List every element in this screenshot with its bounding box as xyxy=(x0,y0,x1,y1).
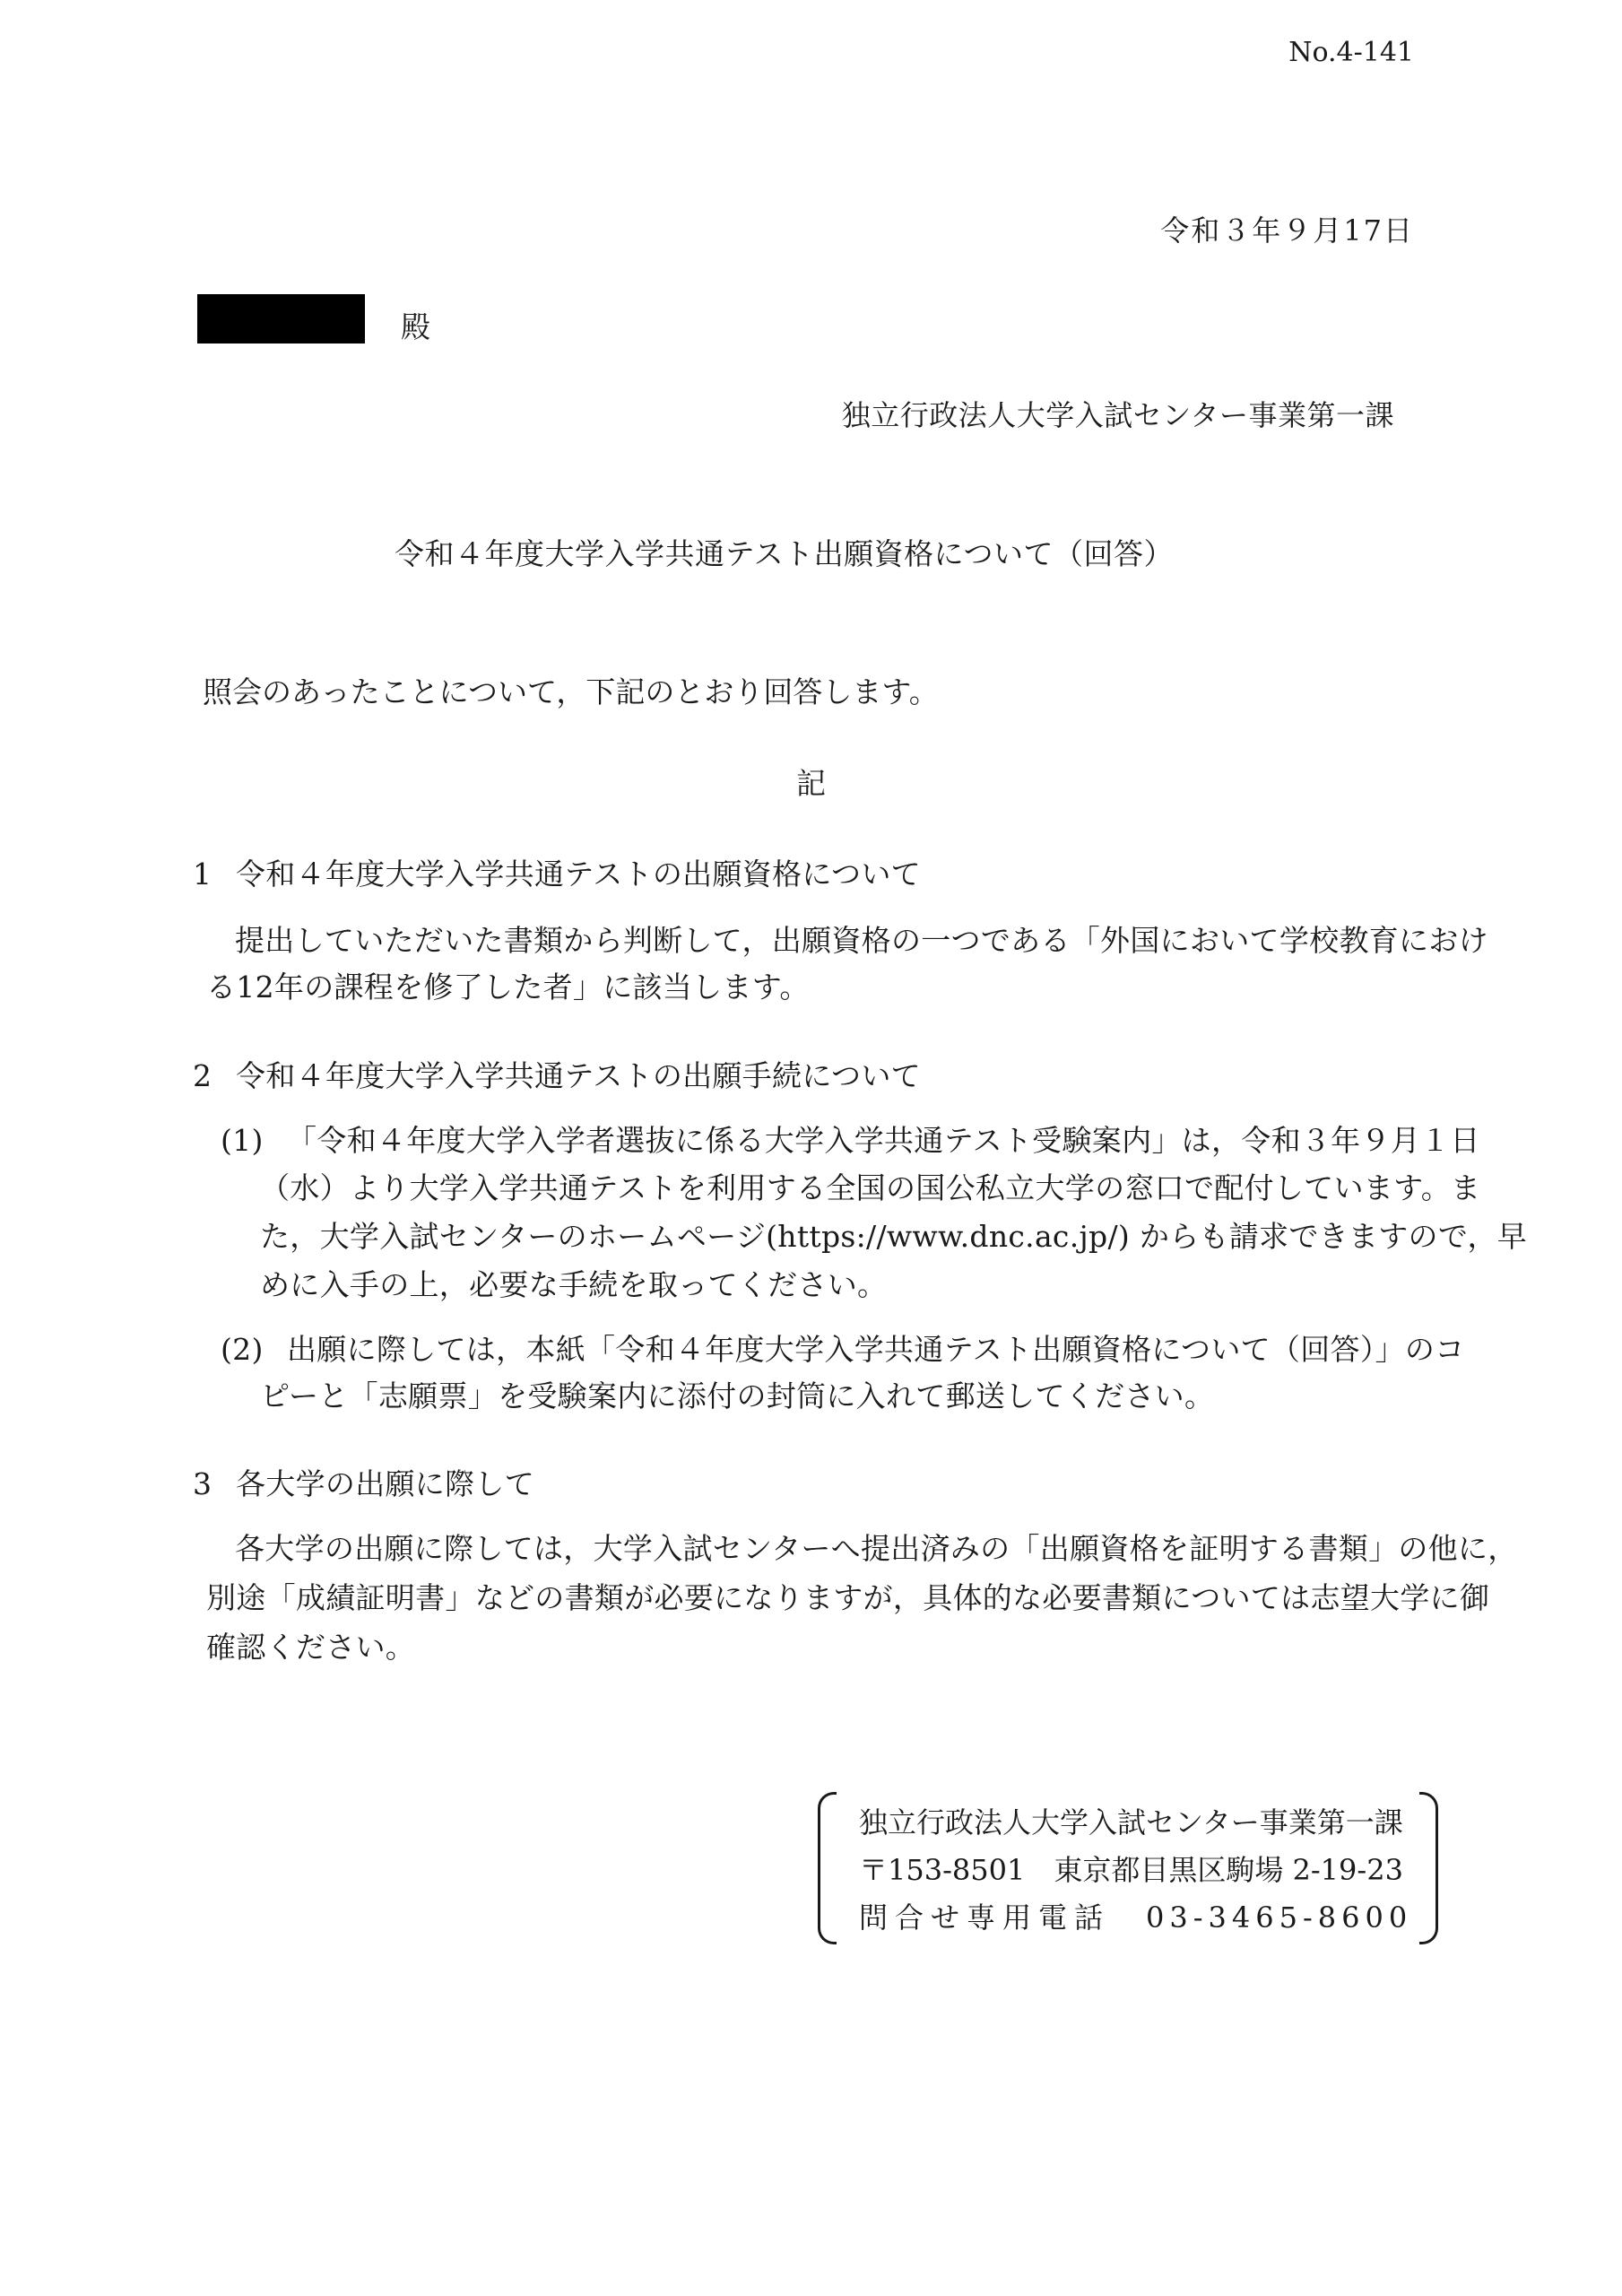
section-heading: 3各大学の出願に際して xyxy=(193,1469,534,1499)
section-body-line: 提出していただいた書類から判断して，出願資格の一つである「外国において学校教育に… xyxy=(235,926,1488,955)
section-number: 3 xyxy=(193,1469,236,1499)
subitem-2-line: ピーと「志願票」を受験案内に添付の封筒に入れて郵送してください。 xyxy=(260,1381,1214,1411)
section-body-line: 各大学の出願に際しては，大学入試センターへ提出済みの「出願資格を証明する書類」の… xyxy=(235,1534,1518,1563)
section-heading-text: 令和４年度大学入学共通テストの出願資格について xyxy=(236,857,921,891)
subitem-text: 「令和４年度大学入学者選抜に係る大学入学共通テスト受験案内」は，令和３年９月１日 xyxy=(287,1123,1480,1158)
subitem-1-line: た，大学入試センターのホームページ(https://www.dnc.ac.jp/… xyxy=(260,1222,1527,1251)
ki-marker: 記 xyxy=(796,769,826,798)
subitem-1-line: （水）より大学入学共通テストを利用する全国の国公私立大学の窓口で配付しています。… xyxy=(260,1173,1480,1203)
section-heading: 1令和４年度大学入学共通テストの出願資格について xyxy=(193,859,921,889)
subitem-2-line: (2)出願に際しては，本紙「令和４年度大学入学共通テスト出願資格について（回答）… xyxy=(221,1335,1465,1364)
section-heading: 2令和４年度大学入学共通テストの出願手続について xyxy=(193,1061,921,1091)
section-heading-text: 令和４年度大学入学共通テストの出願手続について xyxy=(236,1058,921,1093)
document-title: 令和４年度大学入学共通テスト出願資格について（回答） xyxy=(395,539,1174,569)
redacted-addressee xyxy=(197,294,365,344)
contact-phone-line: 問合せ専用電話03-3465-8600 xyxy=(859,1903,1412,1932)
subitem-1-line: めに入手の上，必要な手続を取ってください。 xyxy=(260,1270,887,1300)
section-heading-text: 各大学の出願に際して xyxy=(236,1466,534,1501)
sender-name: 独立行政法人大学入試センター事業第一課 xyxy=(842,401,1394,430)
right-bracket xyxy=(1419,1792,1438,1944)
subitem-text: 出願に際しては，本紙「令和４年度大学入学共通テスト出願資格について（回答）」のコ xyxy=(287,1332,1465,1367)
addressee-honorific: 殿 xyxy=(401,312,430,342)
section-body-line: る12年の課程を修了した者」に該当します。 xyxy=(206,972,810,1002)
contact-address: 〒153-8501 東京都目黒区駒場 2-19-23 xyxy=(859,1856,1403,1884)
contact-office: 独立行政法人大学入試センター事業第一課 xyxy=(859,1808,1403,1837)
section-body-line: 確認ください。 xyxy=(206,1632,415,1662)
subitem-1-line: (1)「令和４年度大学入学者選抜に係る大学入学共通テスト受験案内」は，令和３年９… xyxy=(221,1126,1480,1155)
document-number: No.4-141 xyxy=(1288,39,1414,66)
section-number: 1 xyxy=(193,859,236,889)
section-number: 2 xyxy=(193,1061,236,1091)
document-date: 令和３年９月17日 xyxy=(1160,216,1414,245)
section-body-line: 別途「成績証明書」などの書類が必要になりますが，具体的な必要書類については志望大… xyxy=(206,1583,1489,1613)
intro-text: 照会のあったことについて，下記のとおり回答します。 xyxy=(203,677,939,707)
contact-phone-number: 03-3465-8600 xyxy=(1146,1900,1412,1935)
subitem-number: (2) xyxy=(221,1335,287,1364)
subitem-number: (1) xyxy=(221,1126,287,1155)
contact-info-box: 独立行政法人大学入試センター事業第一課 〒153-8501 東京都目黒区駒場 2… xyxy=(818,1792,1438,1941)
left-bracket xyxy=(818,1792,837,1944)
contact-phone-label: 問合せ専用電話 xyxy=(859,1900,1110,1935)
